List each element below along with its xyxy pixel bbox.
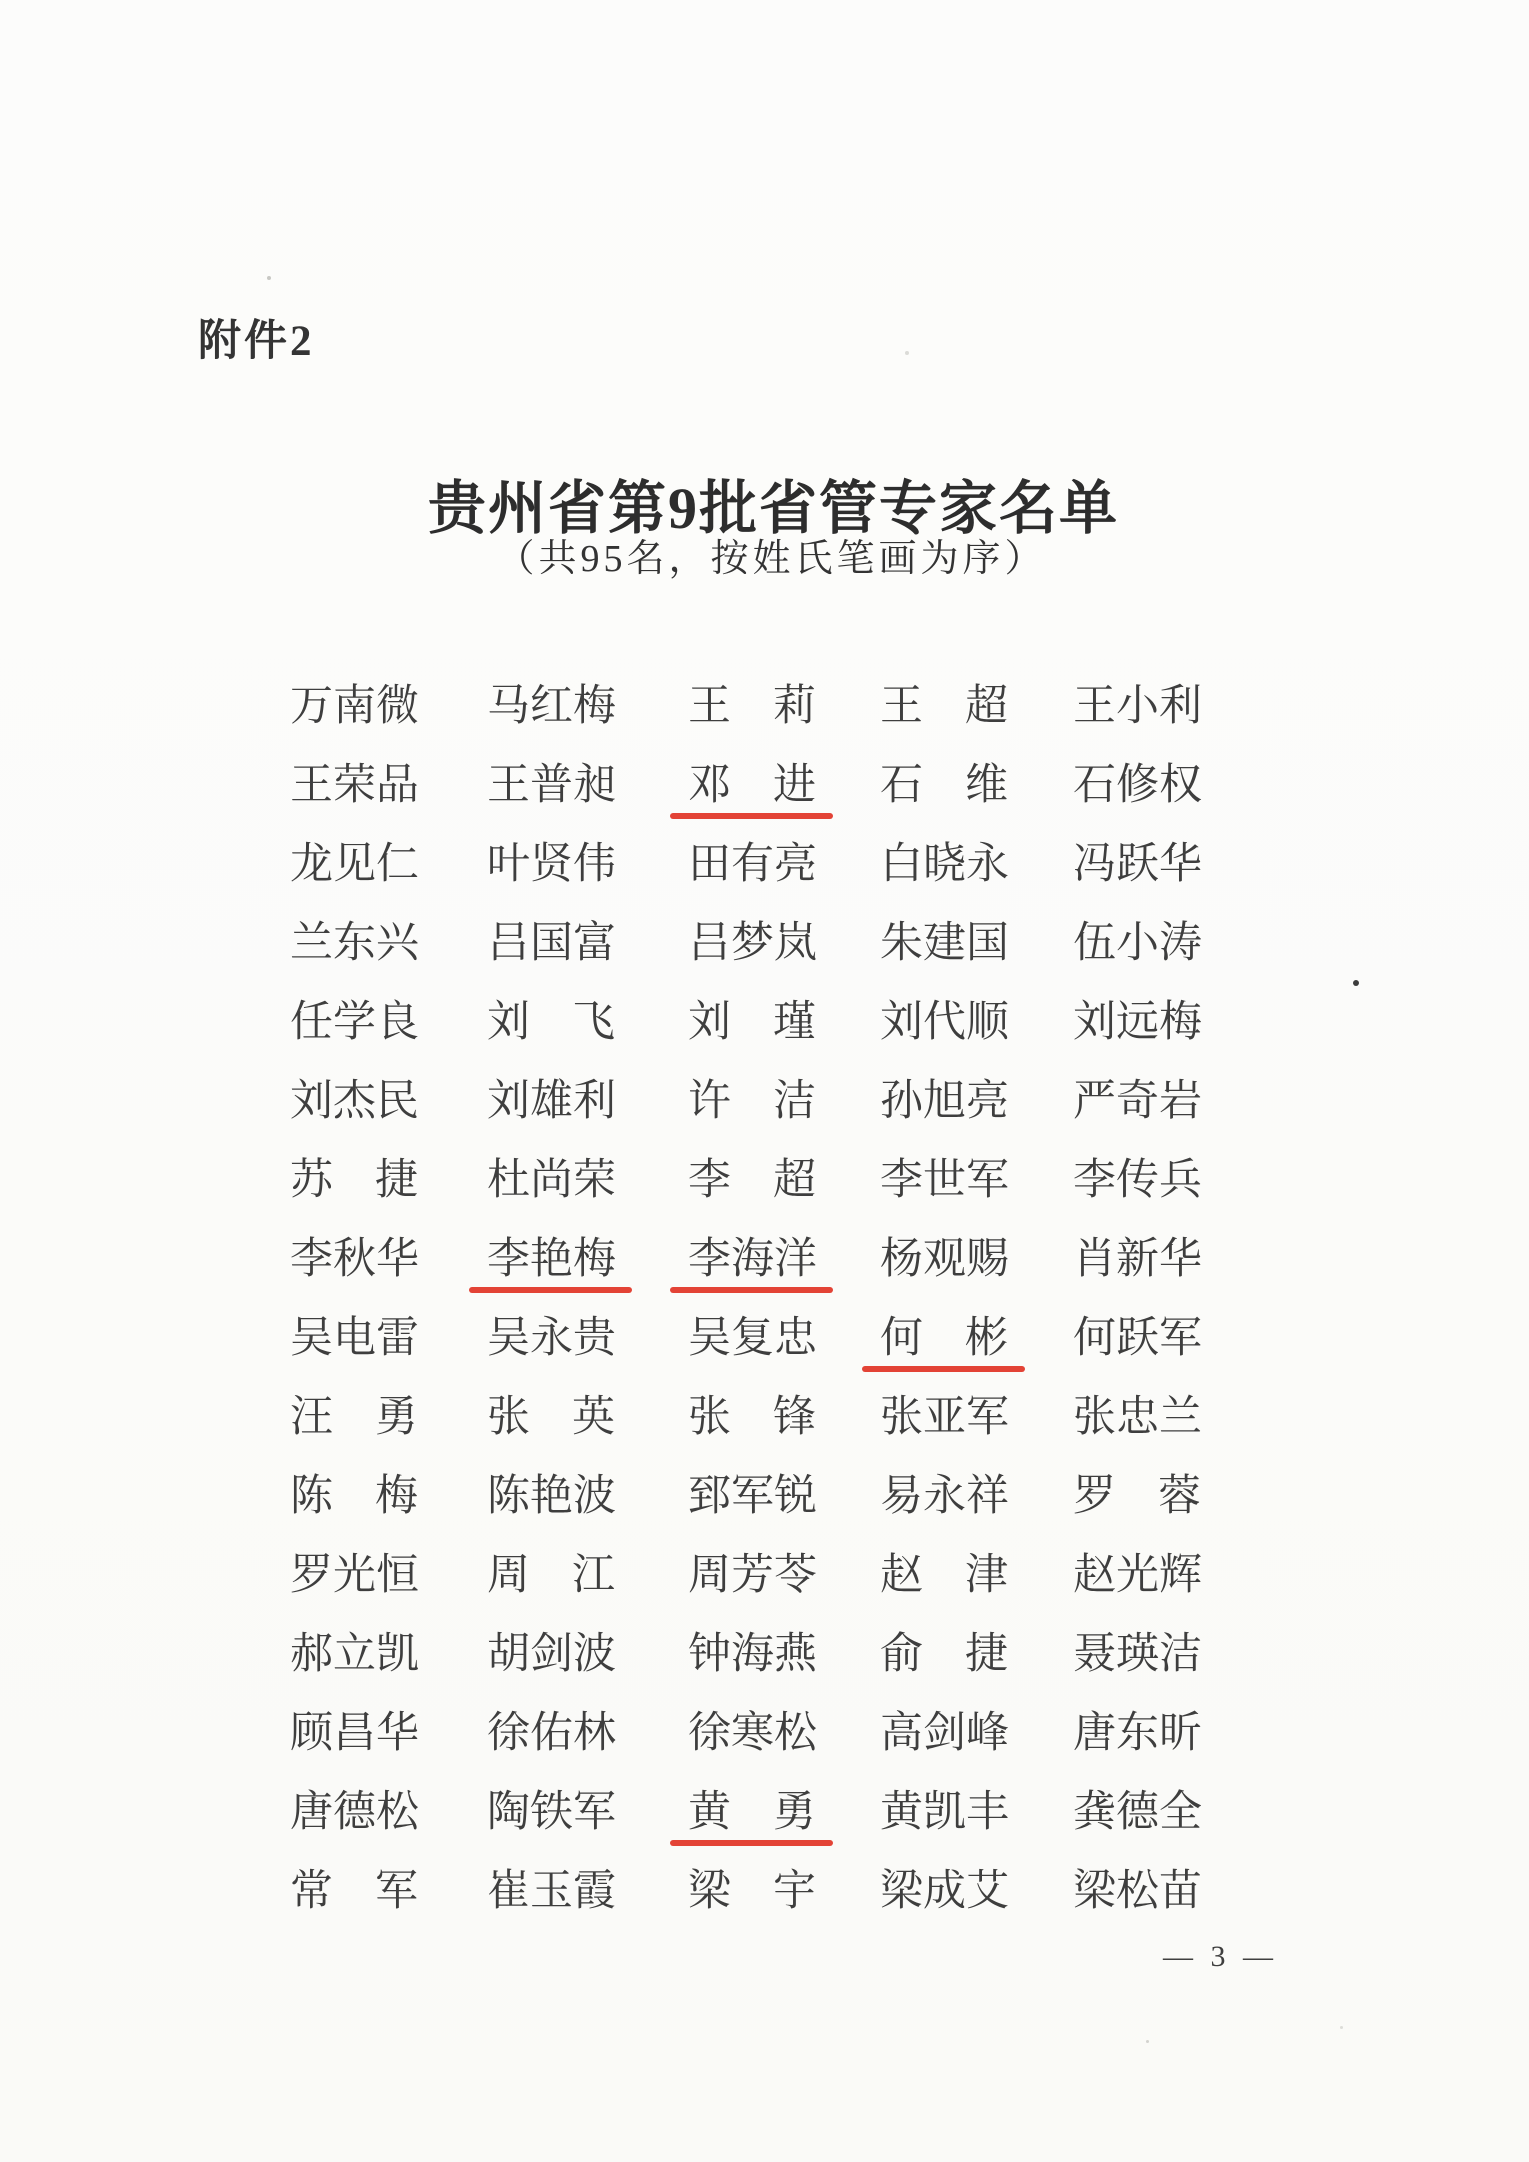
expert-name-cell: 唐德松 [290,1790,418,1838]
expert-name-grid: 万南微马红梅王莉王超王小利王荣品王普昶邓进石维石修权龙见仁叶贤伟田有亮白晓永冯跃… [0,0,1529,2162]
expert-name-cell: 陈梅 [290,1474,418,1522]
expert-name-cell: 李传兵 [1073,1158,1201,1206]
expert-name-cell: 王普昶 [487,763,615,811]
expert-name-cell: 聂瑛洁 [1073,1632,1201,1680]
expert-name-cell: 刘代顺 [880,1000,1008,1048]
expert-name-cell: 钟海燕 [688,1632,816,1680]
expert-name-cell: 任学良 [290,1000,418,1048]
expert-name-cell: 吴复忠 [688,1316,816,1364]
expert-name-cell: 冯跃华 [1073,842,1201,890]
expert-name-cell: 兰东兴 [290,921,418,969]
name-row: 罗光恒周江周芳苓赵津赵光辉 [0,1553,1529,1605]
expert-name-cell: 王小利 [1073,684,1201,732]
expert-name-cell: 罗蓉 [1073,1474,1201,1522]
expert-name-cell: 刘瑾 [688,1000,816,1048]
expert-name-cell: 邓进 [688,763,816,811]
expert-name-cell: 何跃军 [1073,1316,1201,1364]
expert-name-cell: 周芳苓 [688,1553,816,1601]
red-underline-mark [862,1366,1025,1372]
expert-name-cell: 石修权 [1073,763,1201,811]
expert-name-cell: 李海洋 [688,1237,816,1285]
expert-name-cell: 何彬 [880,1316,1008,1364]
expert-name-cell: 崔玉霞 [487,1869,615,1917]
name-row: 常军崔玉霞梁宇梁成艾梁松苗 [0,1869,1529,1921]
expert-name-cell: 吕梦岚 [688,921,816,969]
expert-name-cell: 易永祥 [880,1474,1008,1522]
red-underline-mark [670,1840,833,1846]
expert-name-cell: 郝立凯 [290,1632,418,1680]
expert-name-cell: 朱建国 [880,921,1008,969]
expert-name-cell: 徐佑林 [487,1711,615,1759]
expert-name-cell: 吴永贵 [487,1316,615,1364]
name-row: 唐德松陶铁军黄勇黄凯丰龚德全 [0,1790,1529,1842]
expert-name-cell: 刘飞 [487,1000,615,1048]
red-underline-mark [670,1287,833,1293]
expert-name-cell: 万南微 [290,684,418,732]
expert-name-cell: 肖新华 [1073,1237,1201,1285]
expert-name-cell: 王荣品 [290,763,418,811]
expert-name-cell: 常军 [290,1869,418,1917]
expert-name-cell: 杨观赐 [880,1237,1008,1285]
expert-name-cell: 黄凯丰 [880,1790,1008,1838]
expert-name-cell: 李艳梅 [487,1237,615,1285]
expert-name-cell: 王超 [880,684,1008,732]
scan-speck [1340,2026,1343,2029]
expert-name-cell: 陈艳波 [487,1474,615,1522]
expert-name-cell: 陶铁军 [487,1790,615,1838]
name-row: 龙见仁叶贤伟田有亮白晓永冯跃华 [0,842,1529,894]
expert-name-cell: 梁成艾 [880,1869,1008,1917]
expert-name-cell: 张英 [487,1395,615,1443]
expert-name-cell: 刘杰民 [290,1079,418,1127]
expert-name-cell: 李世军 [880,1158,1008,1206]
expert-name-cell: 伍小涛 [1073,921,1201,969]
expert-name-cell: 刘雄利 [487,1079,615,1127]
name-row: 郝立凯胡剑波钟海燕俞捷聂瑛洁 [0,1632,1529,1684]
red-underline-mark [670,813,833,819]
expert-name-cell: 黄勇 [688,1790,816,1838]
expert-name-cell: 周江 [487,1553,615,1601]
name-row: 万南微马红梅王莉王超王小利 [0,684,1529,736]
scan-speck [1353,980,1359,986]
expert-name-cell: 刘远梅 [1073,1000,1201,1048]
expert-name-cell: 梁宇 [688,1869,816,1917]
name-row: 任学良刘飞刘瑾刘代顺刘远梅 [0,1000,1529,1052]
expert-name-cell: 李超 [688,1158,816,1206]
expert-name-cell: 郅军锐 [688,1474,816,1522]
expert-name-cell: 罗光恒 [290,1553,418,1601]
expert-name-cell: 唐东昕 [1073,1711,1201,1759]
expert-name-cell: 徐寒松 [688,1711,816,1759]
name-row: 苏捷杜尚荣李超李世军李传兵 [0,1158,1529,1210]
expert-name-cell: 俞捷 [880,1632,1008,1680]
expert-name-cell: 赵津 [880,1553,1008,1601]
name-row: 李秋华李艳梅李海洋杨观赐肖新华 [0,1237,1529,1289]
name-row: 汪勇张英张锋张亚军张忠兰 [0,1395,1529,1447]
name-row: 吴电雷吴永贵吴复忠何彬何跃军 [0,1316,1529,1368]
expert-name-cell: 马红梅 [487,684,615,732]
expert-name-cell: 田有亮 [688,842,816,890]
expert-name-cell: 王莉 [688,684,816,732]
expert-name-cell: 吕国富 [487,921,615,969]
name-row: 顾昌华徐佑林徐寒松高剑峰唐东昕 [0,1711,1529,1763]
expert-name-cell: 吴电雷 [290,1316,418,1364]
expert-name-cell: 胡剑波 [487,1632,615,1680]
expert-name-cell: 白晓永 [880,842,1008,890]
expert-name-cell: 汪勇 [290,1395,418,1443]
expert-name-cell: 石维 [880,763,1008,811]
page-number: — 3 — [1163,1940,1278,1974]
name-row: 陈梅陈艳波郅军锐易永祥罗蓉 [0,1474,1529,1526]
expert-name-cell: 叶贤伟 [487,842,615,890]
expert-name-cell: 张忠兰 [1073,1395,1201,1443]
expert-name-cell: 孙旭亮 [880,1079,1008,1127]
name-row: 刘杰民刘雄利许洁孙旭亮严奇岩 [0,1079,1529,1131]
expert-name-cell: 李秋华 [290,1237,418,1285]
expert-name-cell: 杜尚荣 [487,1158,615,1206]
expert-name-cell: 张亚军 [880,1395,1008,1443]
expert-name-cell: 赵光辉 [1073,1553,1201,1601]
expert-name-cell: 苏捷 [290,1158,418,1206]
name-row: 兰东兴吕国富吕梦岚朱建国伍小涛 [0,921,1529,973]
red-underline-mark [469,1287,632,1293]
expert-name-cell: 顾昌华 [290,1711,418,1759]
scan-speck [267,276,271,280]
expert-name-cell: 严奇岩 [1073,1079,1201,1127]
scanned-document-page: 附件2 贵州省第9批省管专家名单 （共95名，按姓氏笔画为序） 万南微马红梅王莉… [0,0,1529,2162]
scan-speck [1146,2040,1149,2043]
name-row: 王荣品王普昶邓进石维石修权 [0,763,1529,815]
scan-speck [905,351,909,355]
expert-name-cell: 张锋 [688,1395,816,1443]
expert-name-cell: 龚德全 [1073,1790,1201,1838]
expert-name-cell: 高剑峰 [880,1711,1008,1759]
expert-name-cell: 梁松苗 [1073,1869,1201,1917]
expert-name-cell: 许洁 [688,1079,816,1127]
expert-name-cell: 龙见仁 [290,842,418,890]
